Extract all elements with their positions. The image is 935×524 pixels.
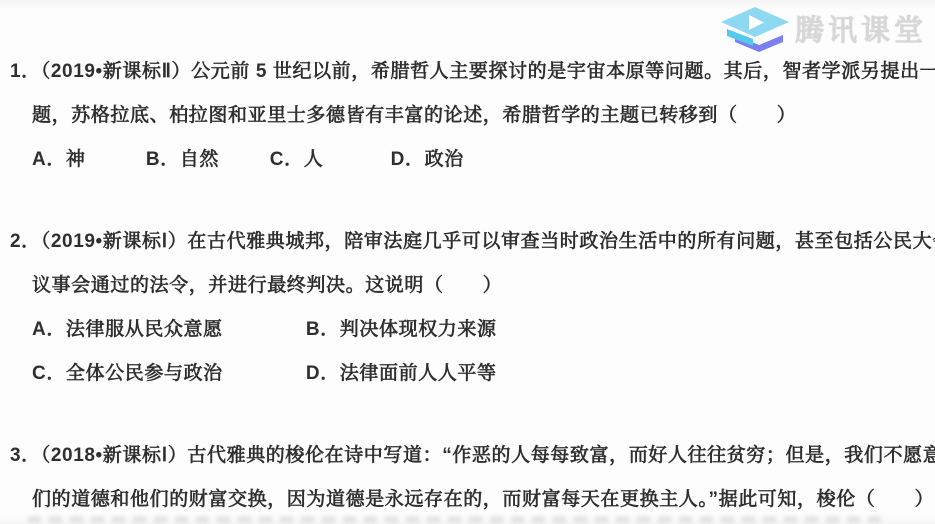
question-3: 3．（2018•新课标Ⅰ）古代雅典的梭伦在诗中写道：“作恶的人每每致富，而好人往… xyxy=(10,434,925,522)
question-1-option-a: A．神 xyxy=(32,138,140,182)
question-2-option-d: D．法律面前人人平等 xyxy=(306,352,497,396)
question-3-line-1: 3．（2018•新课标Ⅰ）古代雅典的梭伦在诗中写道：“作恶的人每每致富，而好人往… xyxy=(10,434,925,478)
question-1-line-1: 1．（2019•新课标Ⅱ）公元前 5 世纪以前，希腊哲人主要探讨的是宇宙本原等问… xyxy=(10,50,925,94)
question-2-options-cd: C．全体公民参与政治 D．法律面前人人平等 xyxy=(10,352,925,396)
question-1-options: A．神 B．自然 C．人 D．政治 xyxy=(10,138,925,182)
question-2-option-b: B．判决体现权力来源 xyxy=(306,308,497,352)
question-1-option-b: B．自然 xyxy=(146,138,264,182)
slide-page: 腾讯课堂 1．（2019•新课标Ⅱ）公元前 5 世纪以前，希腊哲人主要探讨的是宇… xyxy=(0,0,935,524)
question-2-line-1: 2．（2019•新课标Ⅰ）在古代雅典城邦，陪审法庭几乎可以审查当时政治生活中的所… xyxy=(10,220,925,264)
question-2-line-2: 议事会通过的法令，并进行最终判决。这说明（ ） xyxy=(10,264,925,308)
question-2-option-c: C．全体公民参与政治 xyxy=(32,352,300,396)
question-1-line-2: 题，苏格拉底、柏拉图和亚里士多德皆有丰富的论述，希腊哲学的主题已转移到（ ） xyxy=(10,94,925,138)
question-1-option-d: D．政治 xyxy=(391,138,464,182)
question-1: 1．（2019•新课标Ⅱ）公元前 5 世纪以前，希腊哲人主要探讨的是宇宙本原等问… xyxy=(10,50,925,182)
question-1-option-c: C．人 xyxy=(270,138,385,182)
question-2-option-a: A．法律服从民众意愿 xyxy=(32,308,300,352)
question-2: 2．（2019•新课标Ⅰ）在古代雅典城邦，陪审法庭几乎可以审查当时政治生活中的所… xyxy=(10,220,925,396)
cutoff-text-ghost xyxy=(28,516,888,523)
question-2-options-ab: A．法律服从民众意愿 B．判决体现权力来源 xyxy=(10,308,925,352)
